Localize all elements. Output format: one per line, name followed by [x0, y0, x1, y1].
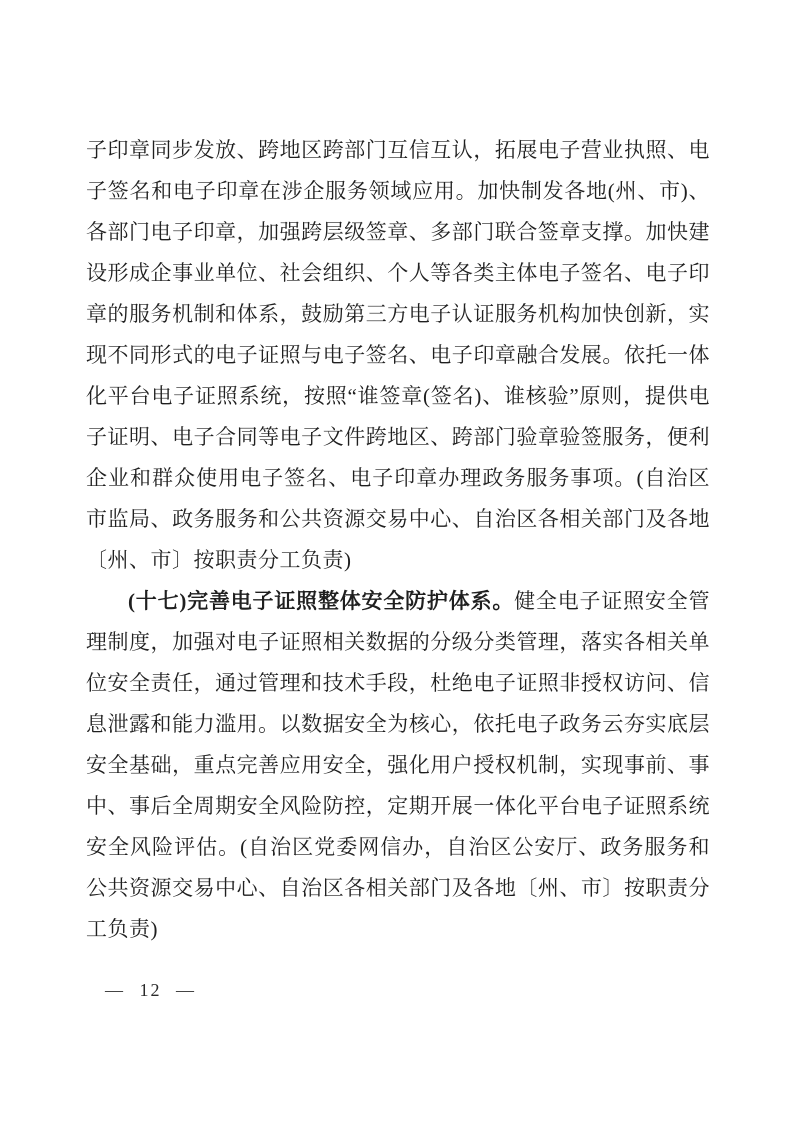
- paragraph-section-17: (十七)完善电子证照整体安全防护体系。健全电子证照安全管理制度，加强对电子证照相…: [86, 581, 710, 950]
- page-number: — 12 —: [105, 978, 196, 1002]
- paragraph-continuation: 子印章同步发放、跨地区跨部门互信互认，拓展电子营业执照、电子签名和电子印章在涉企…: [86, 130, 710, 581]
- section-17-body: 健全电子证照安全管理制度，加强对电子证照相关数据的分级分类管理，落实各相关单位安…: [86, 589, 710, 941]
- document-page: 子印章同步发放、跨地区跨部门互信互认，拓展电子营业执照、电子签名和电子印章在涉企…: [0, 0, 793, 1122]
- body-text: 子印章同步发放、跨地区跨部门互信互认，拓展电子营业执照、电子签名和电子印章在涉企…: [86, 130, 710, 950]
- section-17-heading: (十七)完善电子证照整体安全防护体系。: [128, 589, 514, 613]
